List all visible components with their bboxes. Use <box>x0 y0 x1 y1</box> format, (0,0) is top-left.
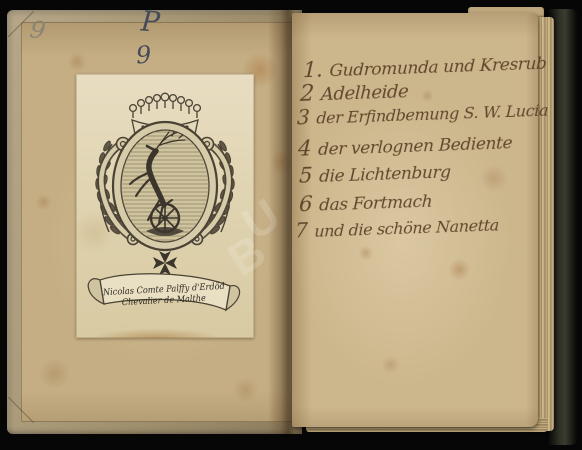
manuscript-line-number: 7 <box>295 218 308 242</box>
armorial-bookplate-engraving: Nicolas Comte Palffy d'Erdöd Chevalier d… <box>76 74 254 338</box>
manuscript-line-text: das Fortmach <box>319 192 433 216</box>
banner-ribbon: Nicolas Comte Palffy d'Erdöd Chevalier d… <box>88 274 239 310</box>
manuscript-line: 6das Fortmach <box>299 188 433 218</box>
pencil-shelfmark-letter: P <box>140 4 161 38</box>
manuscript-line: 5die Lichtenburg <box>299 158 452 188</box>
maltese-cross-icon <box>153 251 177 275</box>
book-photograph: 9 P 9 <box>0 0 582 450</box>
page-edges-right <box>536 17 554 431</box>
manuscript-line-number: 6 <box>299 192 313 218</box>
bookplate: Nicolas Comte Palffy d'Erdöd Chevalier d… <box>76 74 254 338</box>
manuscript-line-number: 4 <box>298 136 312 162</box>
manuscript-line-text: die Lichtenburg <box>319 162 451 187</box>
manuscript-line-number: 2 <box>300 80 315 107</box>
manuscript-line-number: 5 <box>299 163 313 189</box>
oval-shield <box>113 122 217 250</box>
manuscript-line-number: 3 <box>297 105 310 129</box>
pencil-shelfmark-number: 9 <box>135 41 152 70</box>
